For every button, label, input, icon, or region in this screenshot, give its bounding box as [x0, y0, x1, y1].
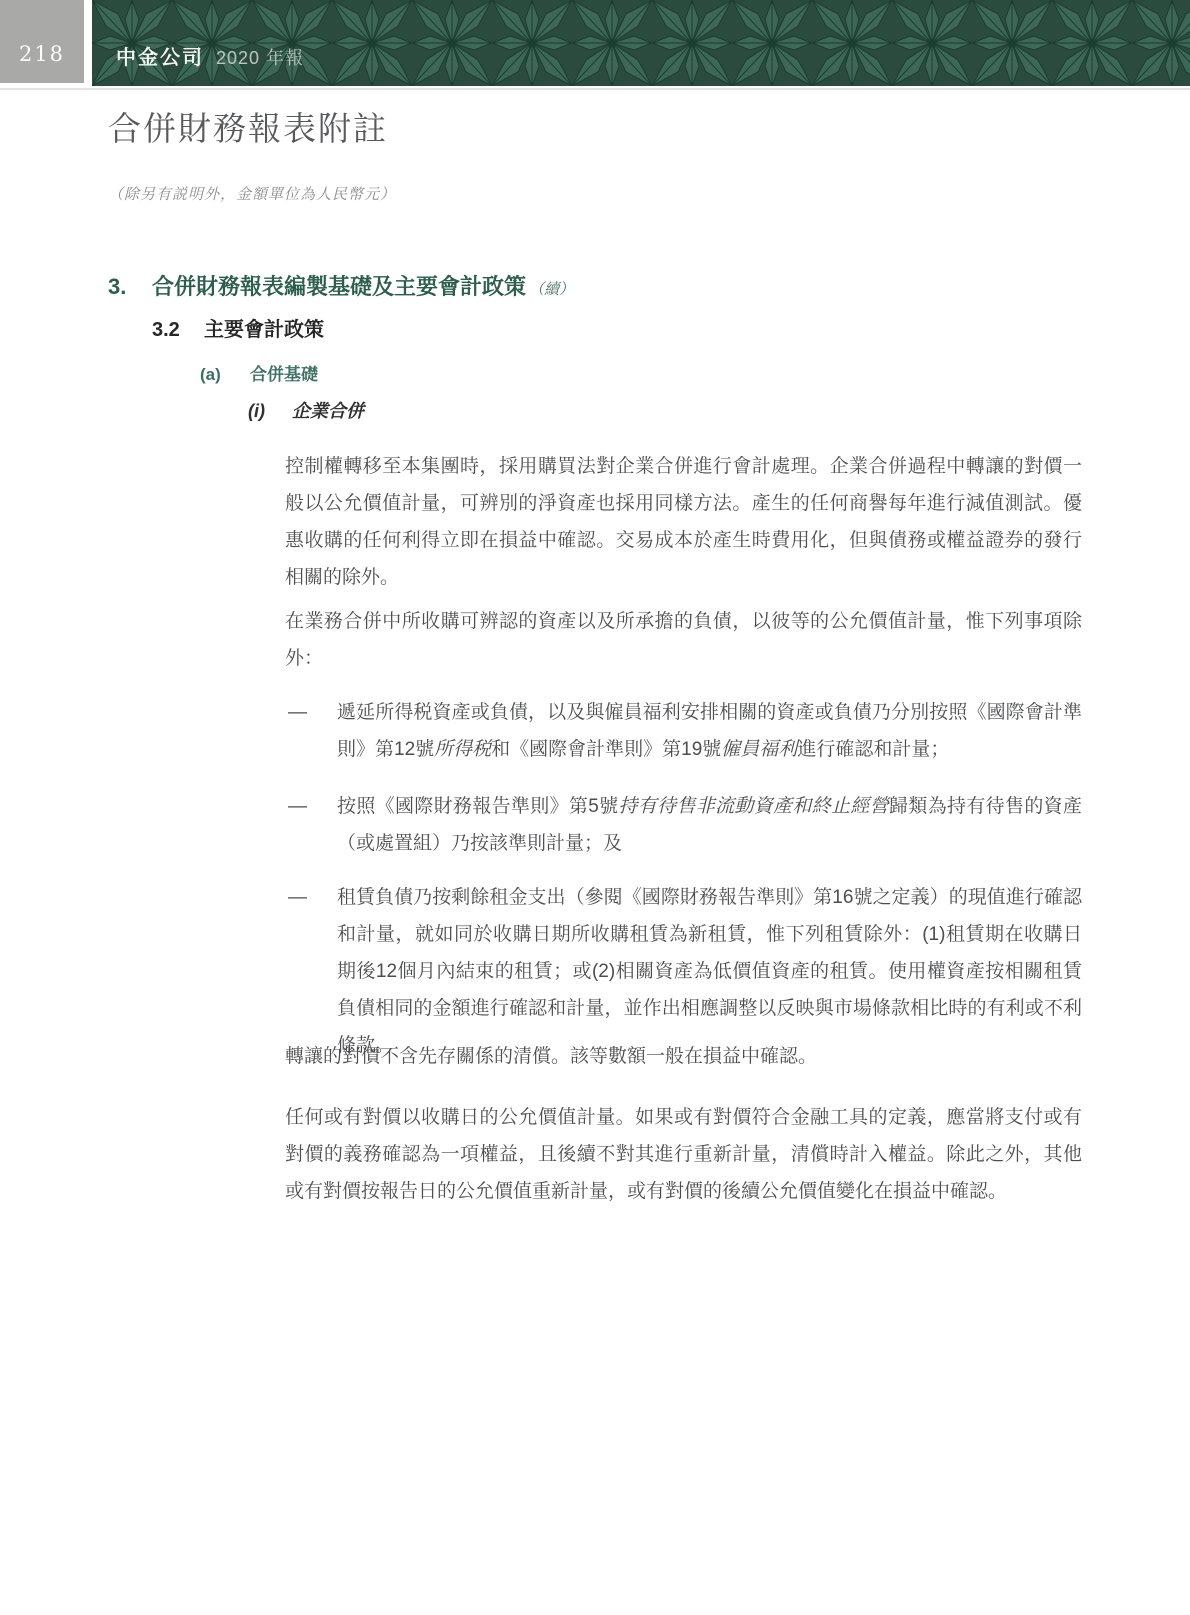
bullet-text-run: 進行確認和計量；	[797, 739, 949, 760]
page-number-box: 218	[0, 0, 84, 83]
section-heading: 3. 合併財務報表編製基礎及主要會計政策（續）	[108, 270, 574, 301]
standard-name-italic: 僱員福利	[721, 739, 797, 760]
subsection-number: 3.2	[152, 319, 204, 342]
bullet-dash: —	[288, 788, 307, 825]
section-continued-label: （續）	[529, 280, 574, 298]
bullet-lease-liabilities: — 租賃負債乃按剩餘租金支出（參閱《國際財務報告準則》第16號之定義）的現值進行…	[288, 879, 1082, 1064]
paragraph-fair-value-exceptions: 在業務合併中所收購可辨認的資產以及所承擔的負債，以彼等的公允價值計量，惟下列事項…	[285, 603, 1082, 677]
clause-letter: (a)	[200, 365, 250, 385]
bullet-text: 按照《國際財務報告準則》第5號持有待售非流動資產和終止經營歸類為持有待售的資產（…	[337, 796, 1082, 854]
bullet-dash: —	[288, 694, 307, 731]
bullet-text-run: 租賃負債乃按剩餘租金支出（參閱《國際財務報告準則》第16號之定義）的現值進行確認…	[337, 887, 1082, 1056]
currency-unit-note: （除另有説明外，金額單位為人民幣元）	[108, 183, 396, 204]
item-roman-numeral: (i)	[248, 401, 292, 422]
item-heading: (i) 企業合併	[248, 397, 364, 423]
bullet-deferred-tax: — 遞延所得税資產或負債，以及與僱員福利安排相關的資產或負債乃分別按照《國際會計…	[288, 694, 1082, 768]
header-banner: 中金公司2020 年報	[92, 0, 1190, 86]
subsection-title: 主要會計政策	[204, 313, 324, 342]
paragraph-consideration-transferred: 轉讓的對價不含先存關係的清償。該等數額一般在損益中確認。	[285, 1038, 1082, 1075]
report-edition: 2020 年報	[216, 48, 304, 68]
bullet-dash: —	[288, 879, 307, 916]
company-name: 中金公司	[116, 47, 204, 69]
section-title: 合併財務報表編製基礎及主要會計政策	[152, 274, 526, 299]
banner-text: 中金公司2020 年報	[116, 41, 304, 70]
paragraph-contingent-consideration: 任何或有對價以收購日的公允價值計量。如果或有對價符合金融工具的定義，應當將支付或…	[285, 1099, 1082, 1210]
subsection-heading: 3.2 主要會計政策	[152, 313, 324, 342]
report-page: 218	[0, 0, 1190, 1615]
standard-name-italic: 所得税	[434, 739, 491, 760]
page-number: 218	[19, 42, 65, 66]
item-title: 企業合併	[292, 397, 364, 423]
bullet-text-run: 按照《國際財務報告準則》第5號	[337, 796, 618, 817]
clause-heading: (a) 合併基礎	[200, 360, 318, 385]
bullet-text: 遞延所得税資產或負債，以及與僱員福利安排相關的資產或負債乃分別按照《國際會計準則…	[337, 702, 1082, 760]
bullet-text: 租賃負債乃按剩餘租金支出（參閱《國際財務報告準則》第16號之定義）的現值進行確認…	[337, 887, 1082, 1056]
clause-title: 合併基礎	[250, 360, 318, 385]
bullet-text-run: 和《國際會計準則》第19號	[491, 739, 721, 760]
section-number: 3.	[108, 274, 152, 300]
paragraph-acquisition-method: 控制權轉移至本集團時，採用購買法對企業合併進行會計處理。企業合併過程中轉讓的對價…	[285, 448, 1082, 596]
section-title-wrap: 合併財務報表編製基礎及主要會計政策（續）	[152, 270, 574, 301]
document-title: 合併財務報表附註	[108, 103, 388, 150]
standard-name-italic: 持有待售非流動資產和終止經營	[618, 796, 889, 817]
bullet-held-for-sale: — 按照《國際財務報告準則》第5號持有待售非流動資產和終止經營歸類為持有待售的資…	[288, 788, 1082, 862]
header-divider	[0, 88, 1190, 90]
